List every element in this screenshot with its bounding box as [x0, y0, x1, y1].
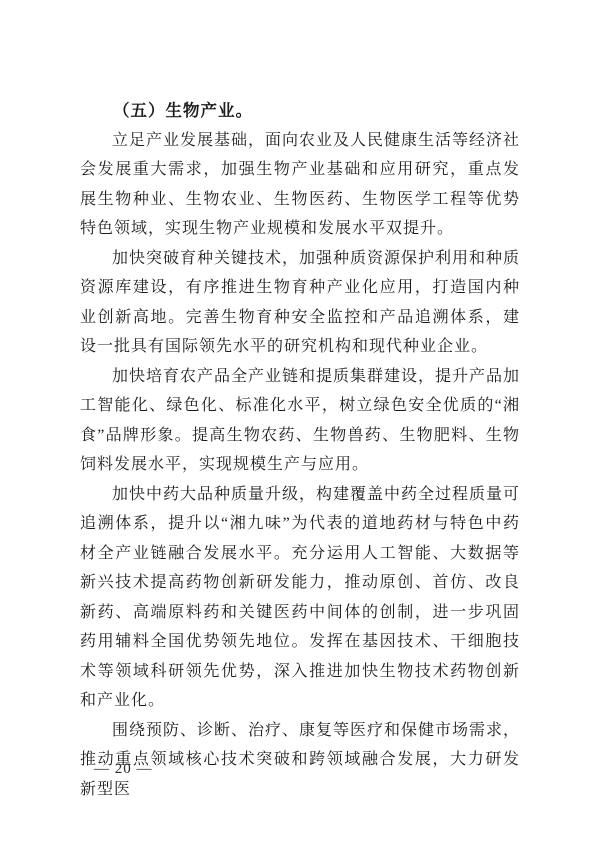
section-heading: （五）生物产业。: [80, 96, 520, 126]
paragraph-2: 加快突破育种关键技术，加强种质资源保护利用和种质资源库建设，有序推进生物育种产业…: [80, 244, 520, 362]
paragraph-4: 加快中药大品种质量升级，构建覆盖中药全过程质量可追溯体系，提升以“湘九味”为代表…: [80, 480, 520, 716]
paragraph-1: 立足产业发展基础，面向农业及人民健康生活等经济社会发展重大需求，加强生物产业基础…: [80, 126, 520, 244]
document-page: （五）生物产业。 立足产业发展基础，面向农业及人民健康生活等经济社会发展重大需求…: [0, 0, 600, 848]
document-body: （五）生物产业。 立足产业发展基础，面向农业及人民健康生活等经济社会发展重大需求…: [80, 96, 520, 804]
page-number: — 20 —: [94, 758, 153, 780]
paragraph-3: 加快培育农产品全产业链和提质集群建设，提升产品加工智能化、绿色化、标准化水平，树…: [80, 362, 520, 480]
